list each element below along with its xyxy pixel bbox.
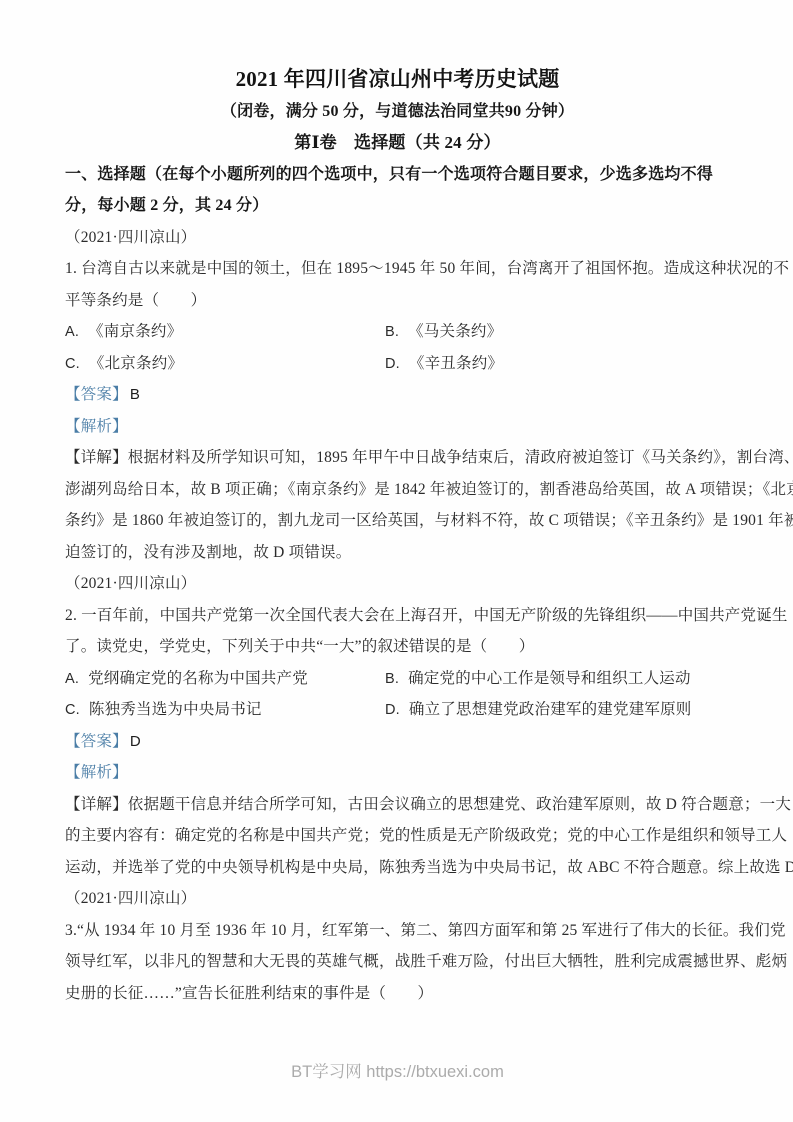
option-text: 《南京条约》 (88, 323, 182, 340)
answer-label: 【答案】 (65, 386, 128, 403)
option-b: B.确定党的中心工作是领导和组织工人运动 (385, 663, 730, 695)
question-block-3: （2021·四川凉山） 3.“从 1934 年 10 月至 1936 年 10 … (65, 883, 730, 1009)
detail-line: 运动，并选举了党的中央领导机构是中央局，陈独秀当选为中央局书记，故 ABC 不符… (65, 852, 730, 884)
instructions-line-1: 一、选择题（在每个小题所列的四个选项中，只有一个选项符合题目要求，少选多选均不得 (65, 159, 730, 191)
question-stem-line: 2. 一百年前，中国共产党第一次全国代表大会在上海召开，中国无产阶级的先锋组织—… (65, 600, 730, 632)
option-text: 《北京条约》 (89, 355, 183, 372)
option-label: A. (65, 324, 79, 340)
analysis-label: 【解析】 (65, 418, 128, 435)
footer-watermark: BT学习网 https://btxuexi.com (65, 1061, 730, 1083)
detail-line: 【详解】依据题干信息并结合所学可知，古田会议确立的思想建党、政治建军原则，故 D… (65, 789, 730, 821)
answer-line: 【答案】D (65, 726, 730, 758)
question-block-1: （2021·四川凉山） 1. 台湾自古以来就是中国的领土，但在 1895～194… (65, 222, 730, 569)
options-row: C.《北京条约》 D.《辛丑条约》 (65, 348, 730, 380)
question-stem-line: 了。读党史，学党史，下列关于中共“一大”的叙述错误的是（ ） (65, 631, 730, 663)
option-a: A.党纲确定党的名称为中国共产党 (65, 663, 385, 695)
page-title: 2021 年四川省凉山州中考历史试题 (65, 64, 730, 96)
question-stem-line: 平等条约是（ ） (65, 285, 730, 317)
exam-document-page: 2021 年四川省凉山州中考历史试题 （闭卷，满分 50 分，与道德法治同堂共9… (0, 0, 793, 1122)
answer-value: B (130, 386, 140, 403)
analysis-line: 【解析】 (65, 411, 730, 443)
answer-line: 【答案】B (65, 379, 730, 411)
detail-line: 迫签订的，没有涉及割地，故 D 项错误。 (65, 537, 730, 569)
option-c: C.《北京条约》 (65, 348, 385, 380)
question-stem-line: 1. 台湾自古以来就是中国的领土，但在 1895～1945 年 50 年间，台湾… (65, 253, 730, 285)
option-c: C.陈独秀当选为中央局书记 (65, 694, 385, 726)
question-block-2: （2021·四川凉山） 2. 一百年前，中国共产党第一次全国代表大会在上海召开，… (65, 568, 730, 883)
options-row: A.党纲确定党的名称为中国共产党 B.确定党的中心工作是领导和组织工人运动 (65, 663, 730, 695)
option-label: D. (385, 356, 400, 372)
exam-subtitle: （闭卷，满分 50 分，与道德法治同堂共90 分钟） (65, 96, 730, 128)
detail-line: 【详解】根据材料及所学知识可知，1895 年甲午中日战争结束后，清政府被迫签订《… (65, 442, 730, 474)
section-heading: 第Ⅰ卷 选择题（共 24 分） (65, 127, 730, 159)
detail-line: 澎湖列岛给日本，故 B 项正确；《南京条约》是 1842 年被迫签订的，割香港岛… (65, 474, 730, 506)
answer-label: 【答案】 (65, 733, 128, 750)
option-text: 确定党的中心工作是领导和组织工人运动 (408, 670, 691, 687)
instructions-line-2: 分，每小题 2 分，其 24 分） (65, 190, 730, 222)
option-text: 确立了思想建党政治建军的建党建军原则 (409, 701, 692, 718)
question-stem-line: 领导红军，以非凡的智慧和大无畏的英雄气概，战胜千难万险，付出巨大牺牲，胜利完成震… (65, 946, 730, 978)
analysis-label: 【解析】 (65, 764, 128, 781)
option-d: D.《辛丑条约》 (385, 348, 730, 380)
answer-value: D (130, 733, 141, 750)
option-b: B.《马关条约》 (385, 316, 730, 348)
option-text: 《马关条约》 (408, 323, 502, 340)
option-text: 《辛丑条约》 (409, 355, 503, 372)
footer-site-link[interactable]: BT学习网 https://btxuexi.com (291, 1063, 504, 1081)
question-stem-line: 史册的长征……”宣告长征胜利结束的事件是（ ） (65, 978, 730, 1010)
option-label: C. (65, 356, 80, 372)
option-label: D. (385, 702, 400, 718)
option-text: 党纲确定党的名称为中国共产党 (88, 670, 308, 687)
option-text: 陈独秀当选为中央局书记 (89, 701, 262, 718)
options-row: C.陈独秀当选为中央局书记 D.确立了思想建党政治建军的建党建军原则 (65, 694, 730, 726)
question-source: （2021·四川凉山） (65, 568, 730, 600)
detail-line: 的主要内容有：确定党的名称是中国共产党；党的性质是无产阶级政党；党的中心工作是组… (65, 820, 730, 852)
option-label: A. (65, 671, 79, 687)
option-label: B. (385, 671, 399, 687)
question-stem-line: 3.“从 1934 年 10 月至 1936 年 10 月，红军第一、第二、第四… (65, 915, 730, 947)
options-row: A.《南京条约》 B.《马关条约》 (65, 316, 730, 348)
detail-line: 条约》是 1860 年被迫签订的，割九龙司一区给英国，与材料不符，故 C 项错误… (65, 505, 730, 537)
question-source: （2021·四川凉山） (65, 222, 730, 254)
option-a: A.《南京条约》 (65, 316, 385, 348)
option-d: D.确立了思想建党政治建军的建党建军原则 (385, 694, 730, 726)
option-label: C. (65, 702, 80, 718)
question-source: （2021·四川凉山） (65, 883, 730, 915)
option-label: B. (385, 324, 399, 340)
analysis-line: 【解析】 (65, 757, 730, 789)
